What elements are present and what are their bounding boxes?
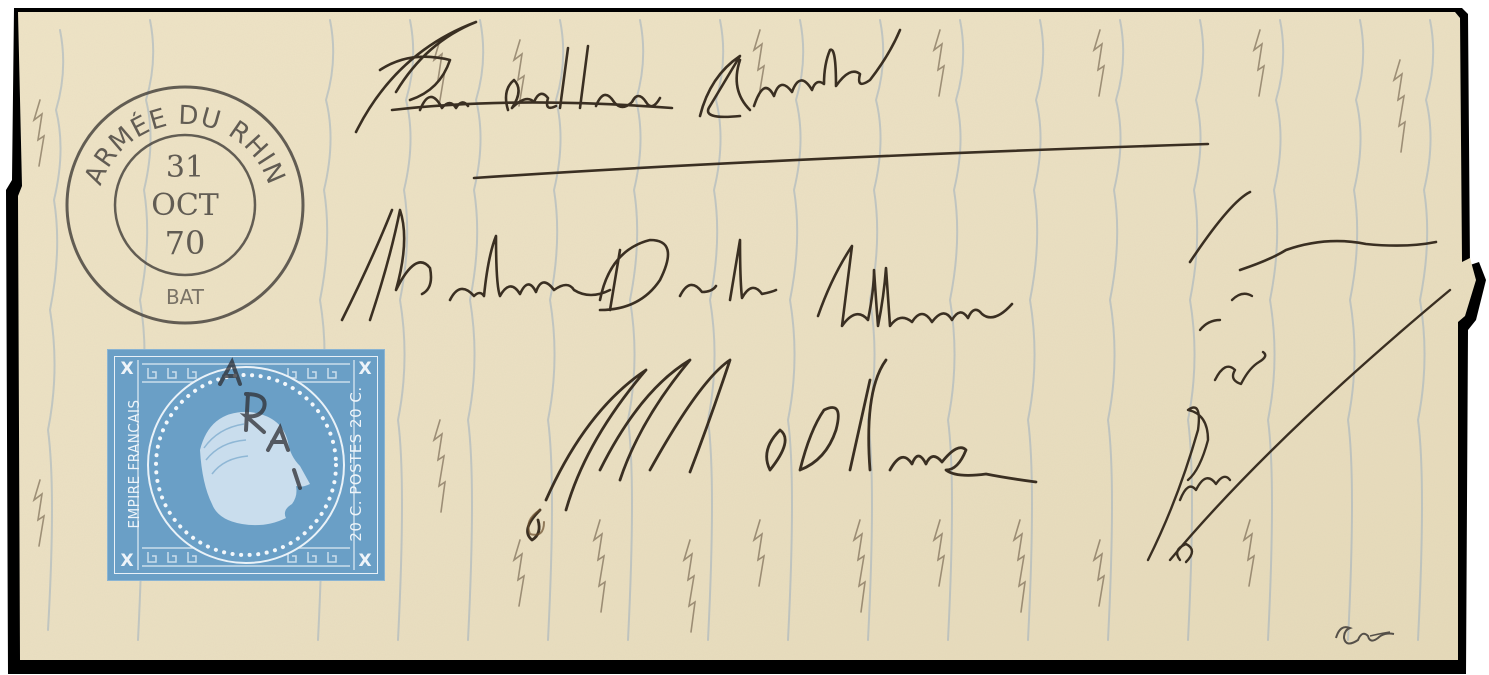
postmark-month: OCT — [151, 188, 219, 223]
postage-stamp-20c: X X X X EMPIRE FRANCAIS 20 C. POSTES 20 … — [108, 350, 384, 580]
datestamp-postmark: ARMÉE DU RHIN 31 OCT 70 BAT — [62, 82, 308, 328]
expert-signature-mark — [1330, 620, 1400, 650]
postmark-year: 70 — [165, 224, 206, 262]
postmark-bottom-text: BAT — [166, 285, 205, 309]
stamp-frame — [114, 356, 378, 574]
stamp-right-inscription: 20 C. POSTES 20 C. — [347, 369, 367, 559]
stamp-left-inscription: EMPIRE FRANCAIS — [125, 369, 145, 559]
postmark-day: 31 — [166, 150, 204, 185]
